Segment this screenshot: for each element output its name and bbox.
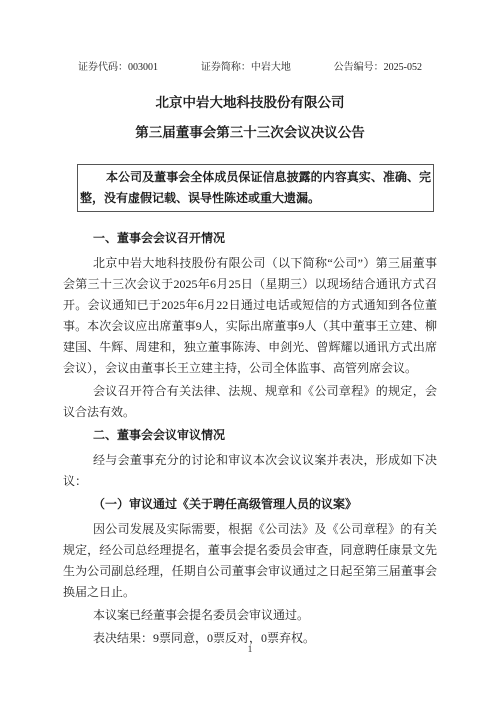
section-2-paragraph-1: 经与会董事充分的讨论和审议本次会议议案并表决，形成如下决议：: [63, 450, 437, 492]
document-meta-bar: 证券代码：003001 证券简称：中岩大地 公告编号：2025-052: [78, 62, 422, 74]
disclaimer-text: 本公司及董事会全体成员保证信息披露的内容真实、准确、完整，没有虚假记载、误导性陈…: [80, 167, 431, 209]
stock-abbr-label: 证券简称：中岩大地: [201, 62, 291, 74]
document-title: 北京中岩大地科技股份有限公司: [0, 94, 500, 112]
document-subtitle: 第三届董事会第三十三次会议决议公告: [0, 124, 500, 142]
document-body: 一、董事会会议召开情况 北京中岩大地科技股份有限公司（以下简称“公司”）第三届董…: [63, 228, 437, 649]
resolution-1-paragraph-1: 因公司发展及实际需要，根据《公司法》及《公司章程》的有关规定，经公司总经理提名，…: [63, 519, 437, 603]
page-number: 1: [0, 645, 500, 655]
section-2-heading: 二、董事会会议审议情况: [63, 425, 437, 446]
resolution-1-paragraph-2: 本议案已经董事会提名委员会审议通过。: [63, 605, 437, 626]
section-1-paragraph-2: 会议召开符合有关法律、法规、规章和《公司章程》的规定，会议合法有效。: [63, 381, 437, 423]
section-1-heading: 一、董事会会议召开情况: [63, 228, 437, 249]
disclaimer-box: 本公司及董事会全体成员保证信息披露的内容真实、准确、完整，没有虚假记载、误导性陈…: [77, 164, 434, 212]
stock-code-label: 证券代码：003001: [78, 62, 158, 74]
document-page: 证券代码：003001 证券简称：中岩大地 公告编号：2025-052 北京中岩…: [0, 0, 500, 707]
announcement-no-label: 公告编号：2025-052: [334, 62, 422, 74]
section-1-paragraph-1: 北京中岩大地科技股份有限公司（以下简称“公司”）第三届董事会第三十三次会议于20…: [63, 253, 437, 379]
resolution-1-heading: （一）审议通过《关于聘任高级管理人员的议案》: [63, 494, 437, 515]
